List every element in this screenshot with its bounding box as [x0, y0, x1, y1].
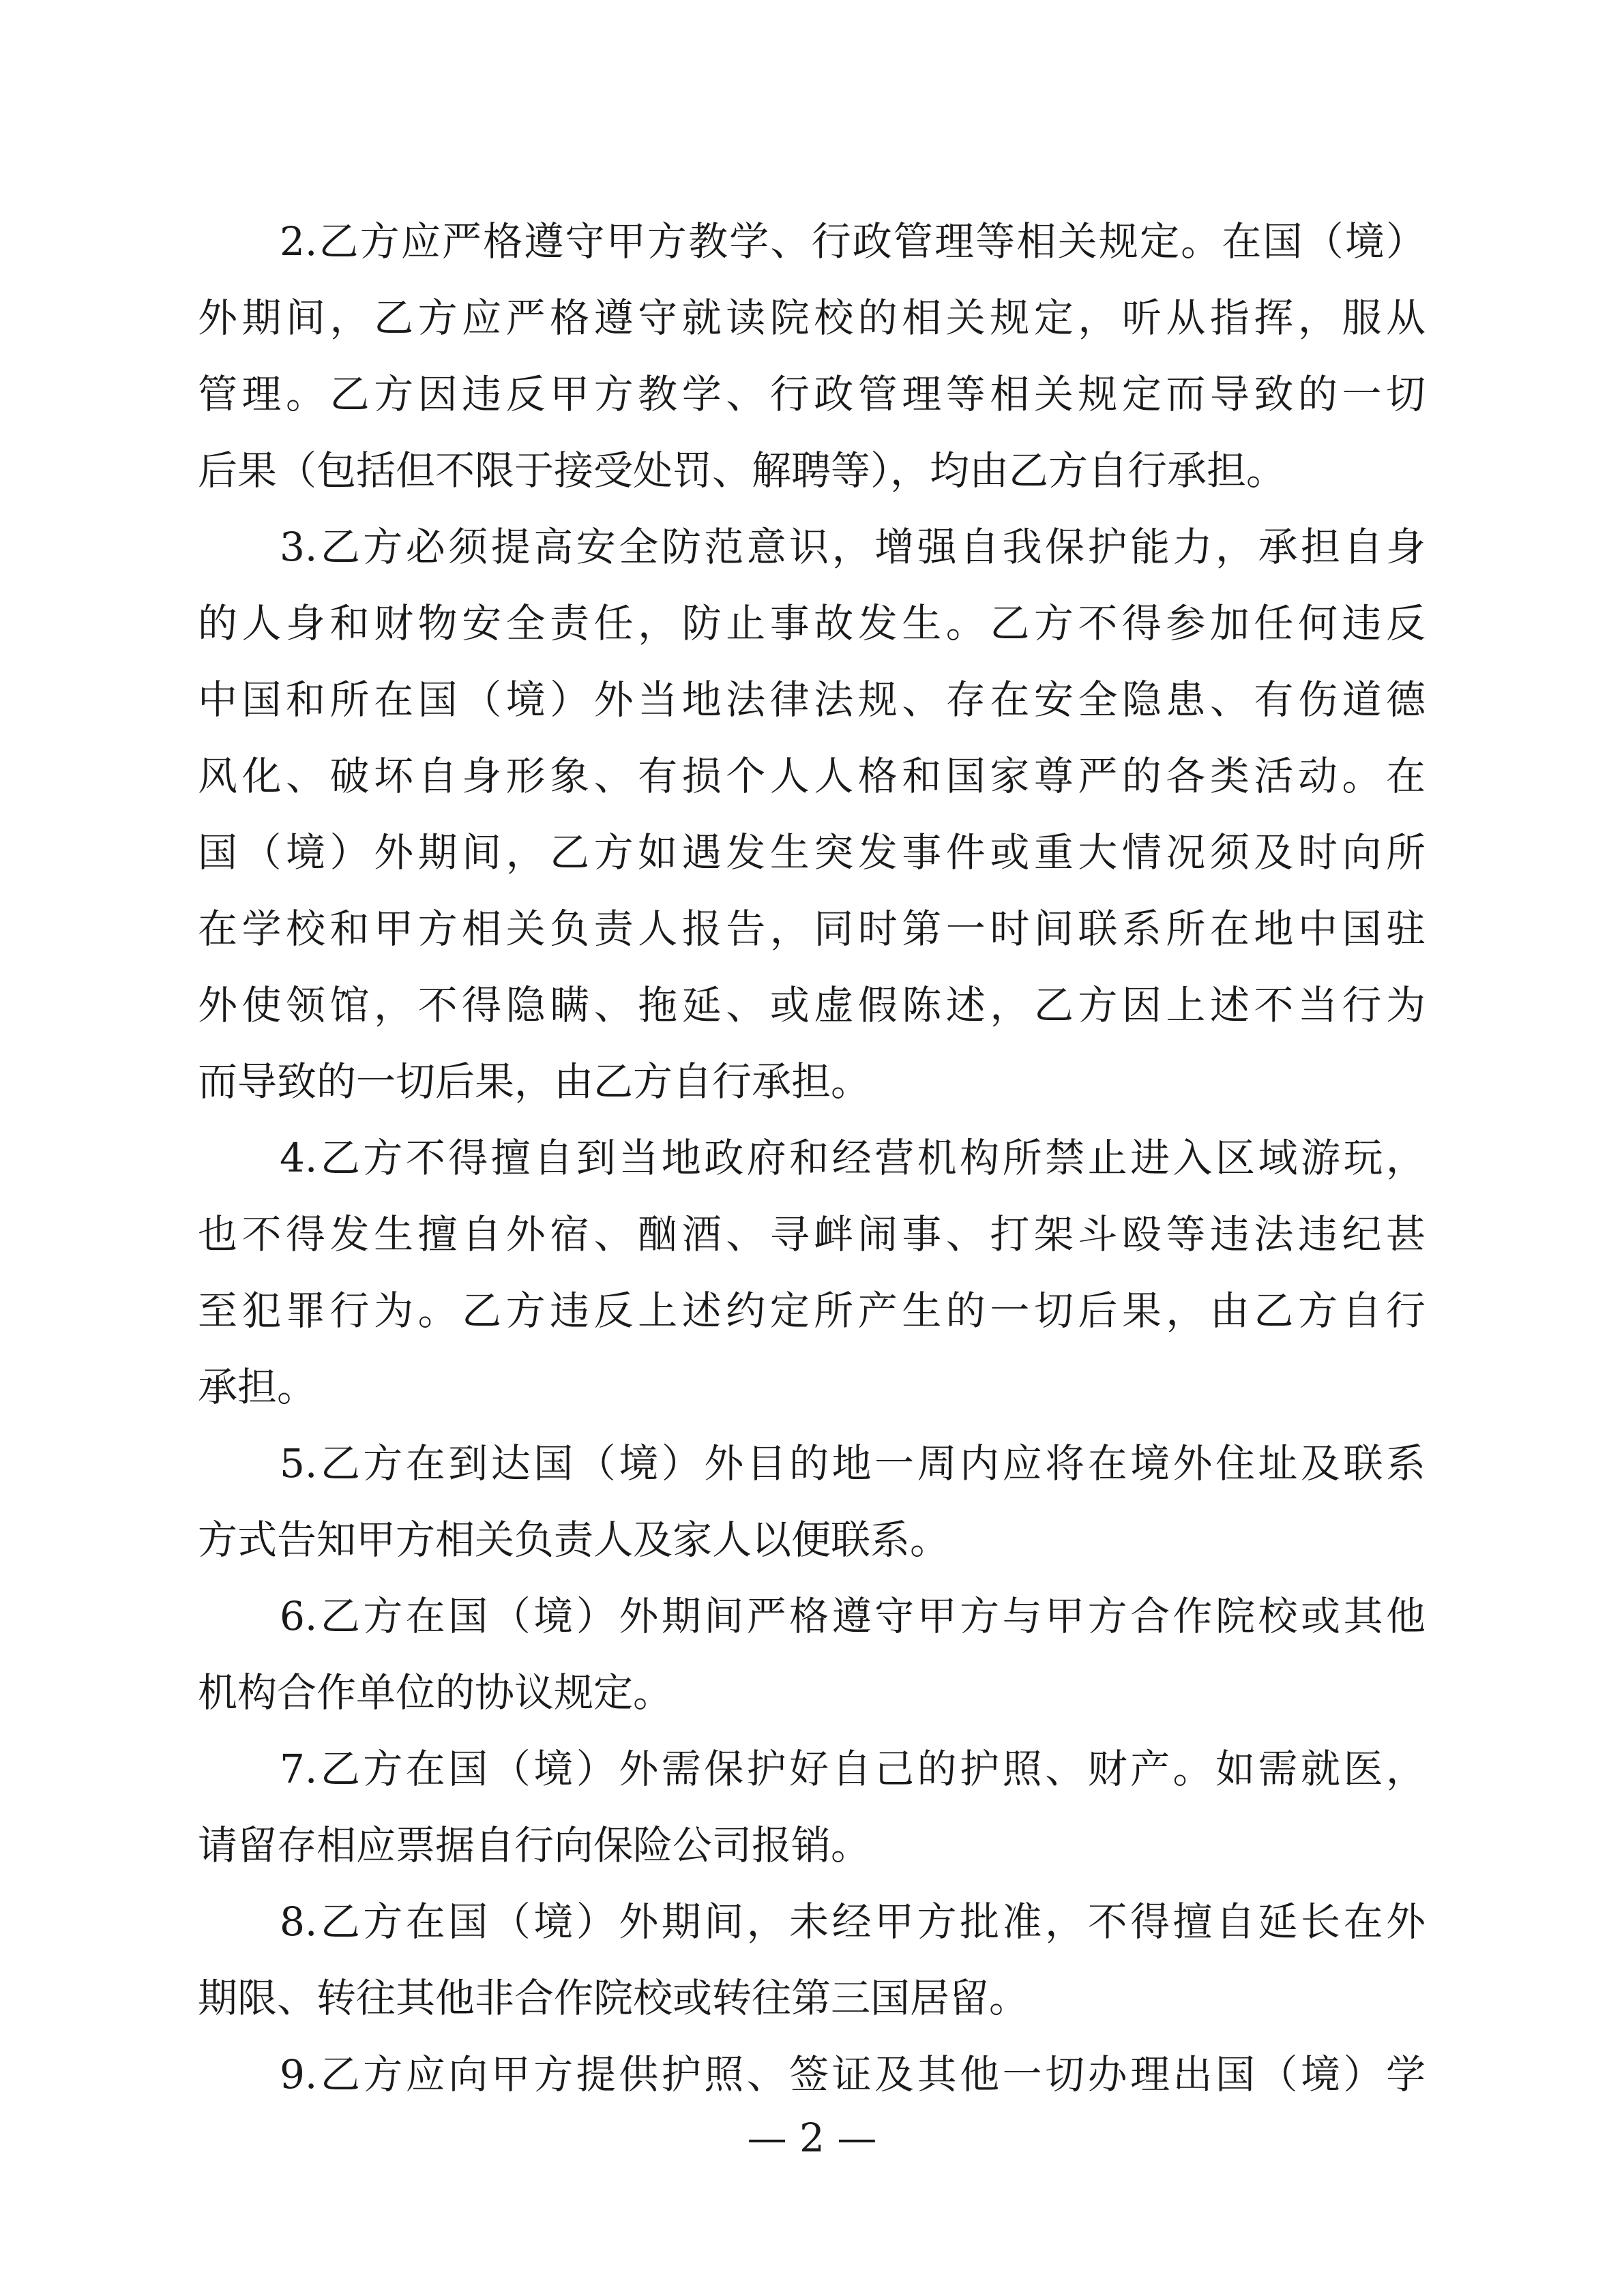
clause-3: 3.乙方必须提高安全防范意识，增强自我保护能力，承担自身 的人身和财物安全责任，…	[198, 509, 1426, 1120]
text-line: 请留存相应票据自行向保险公司报销。	[198, 1807, 1426, 1883]
clause-2: 2.乙方应严格遵守甲方教学、行政管理等相关规定。在国（境） 外期间，乙方应严格遵…	[198, 203, 1426, 509]
text-line: 9.乙方应向甲方提供护照、签证及其他一切办理出国（境）学	[198, 2036, 1426, 2113]
text-line: 7.乙方在国（境）外需保护好自己的护照、财产。如需就医，	[198, 1731, 1426, 1807]
text-line: 的人身和财物安全责任，防止事故发生。乙方不得参加任何违反	[198, 585, 1426, 661]
text-line: 在学校和甲方相关负责人报告，同时第一时间联系所在地中国驻	[198, 891, 1426, 967]
text-line: 国（境）外期间，乙方如遇发生突发事件或重大情况须及时向所	[198, 814, 1426, 891]
page-number: — 2 —	[0, 2111, 1624, 2165]
text-line: 也不得发生擅自外宿、酗酒、寻衅闹事、打架斗殴等违法违纪甚	[198, 1196, 1426, 1272]
text-line: 风化、破坏自身形象、有损个人人格和国家尊严的各类活动。在	[198, 738, 1426, 814]
text-line: 机构合作单位的协议规定。	[198, 1654, 1426, 1731]
text-line: 而导致的一切后果，由乙方自行承担。	[198, 1043, 1426, 1120]
text-line: 承担。	[198, 1349, 1426, 1425]
clause-7: 7.乙方在国（境）外需保护好自己的护照、财产。如需就医， 请留存相应票据自行向保…	[198, 1731, 1426, 1883]
text-line: 后果（包括但不限于接受处罚、解聘等），均由乙方自行承担。	[198, 432, 1426, 509]
text-line: 6.乙方在国（境）外期间严格遵守甲方与甲方合作院校或其他	[198, 1578, 1426, 1654]
clause-8: 8.乙方在国（境）外期间，未经甲方批准，不得擅自延长在外 期限、转往其他非合作院…	[198, 1883, 1426, 2036]
clause-9: 9.乙方应向甲方提供护照、签证及其他一切办理出国（境）学	[198, 2036, 1426, 2113]
text-line: 8.乙方在国（境）外期间，未经甲方批准，不得擅自延长在外	[198, 1883, 1426, 1960]
text-line: 至犯罪行为。乙方违反上述约定所产生的一切后果，由乙方自行	[198, 1272, 1426, 1349]
clause-5: 5.乙方在到达国（境）外目的地一周内应将在境外住址及联系 方式告知甲方相关负责人…	[198, 1425, 1426, 1578]
text-line: 中国和所在国（境）外当地法律法规、存在安全隐患、有伤道德	[198, 661, 1426, 738]
text-line: 5.乙方在到达国（境）外目的地一周内应将在境外住址及联系	[198, 1425, 1426, 1502]
text-line: 方式告知甲方相关负责人及家人以便联系。	[198, 1502, 1426, 1578]
text-line: 4.乙方不得擅自到当地政府和经营机构所禁止进入区域游玩，	[198, 1120, 1426, 1196]
text-line: 外使领馆，不得隐瞒、拖延、或虚假陈述，乙方因上述不当行为	[198, 967, 1426, 1043]
text-line: 2.乙方应严格遵守甲方教学、行政管理等相关规定。在国（境）	[198, 203, 1426, 280]
text-line: 管理。乙方因违反甲方教学、行政管理等相关规定而导致的一切	[198, 356, 1426, 432]
clause-6: 6.乙方在国（境）外期间严格遵守甲方与甲方合作院校或其他 机构合作单位的协议规定…	[198, 1578, 1426, 1731]
clause-4: 4.乙方不得擅自到当地政府和经营机构所禁止进入区域游玩， 也不得发生擅自外宿、酗…	[198, 1120, 1426, 1425]
text-line: 期限、转往其他非合作院校或转往第三国居留。	[198, 1960, 1426, 2036]
text-line: 3.乙方必须提高安全防范意识，增强自我保护能力，承担自身	[198, 509, 1426, 585]
document-body: 2.乙方应严格遵守甲方教学、行政管理等相关规定。在国（境） 外期间，乙方应严格遵…	[198, 203, 1426, 2113]
text-line: 外期间，乙方应严格遵守就读院校的相关规定，听从指挥，服从	[198, 280, 1426, 356]
